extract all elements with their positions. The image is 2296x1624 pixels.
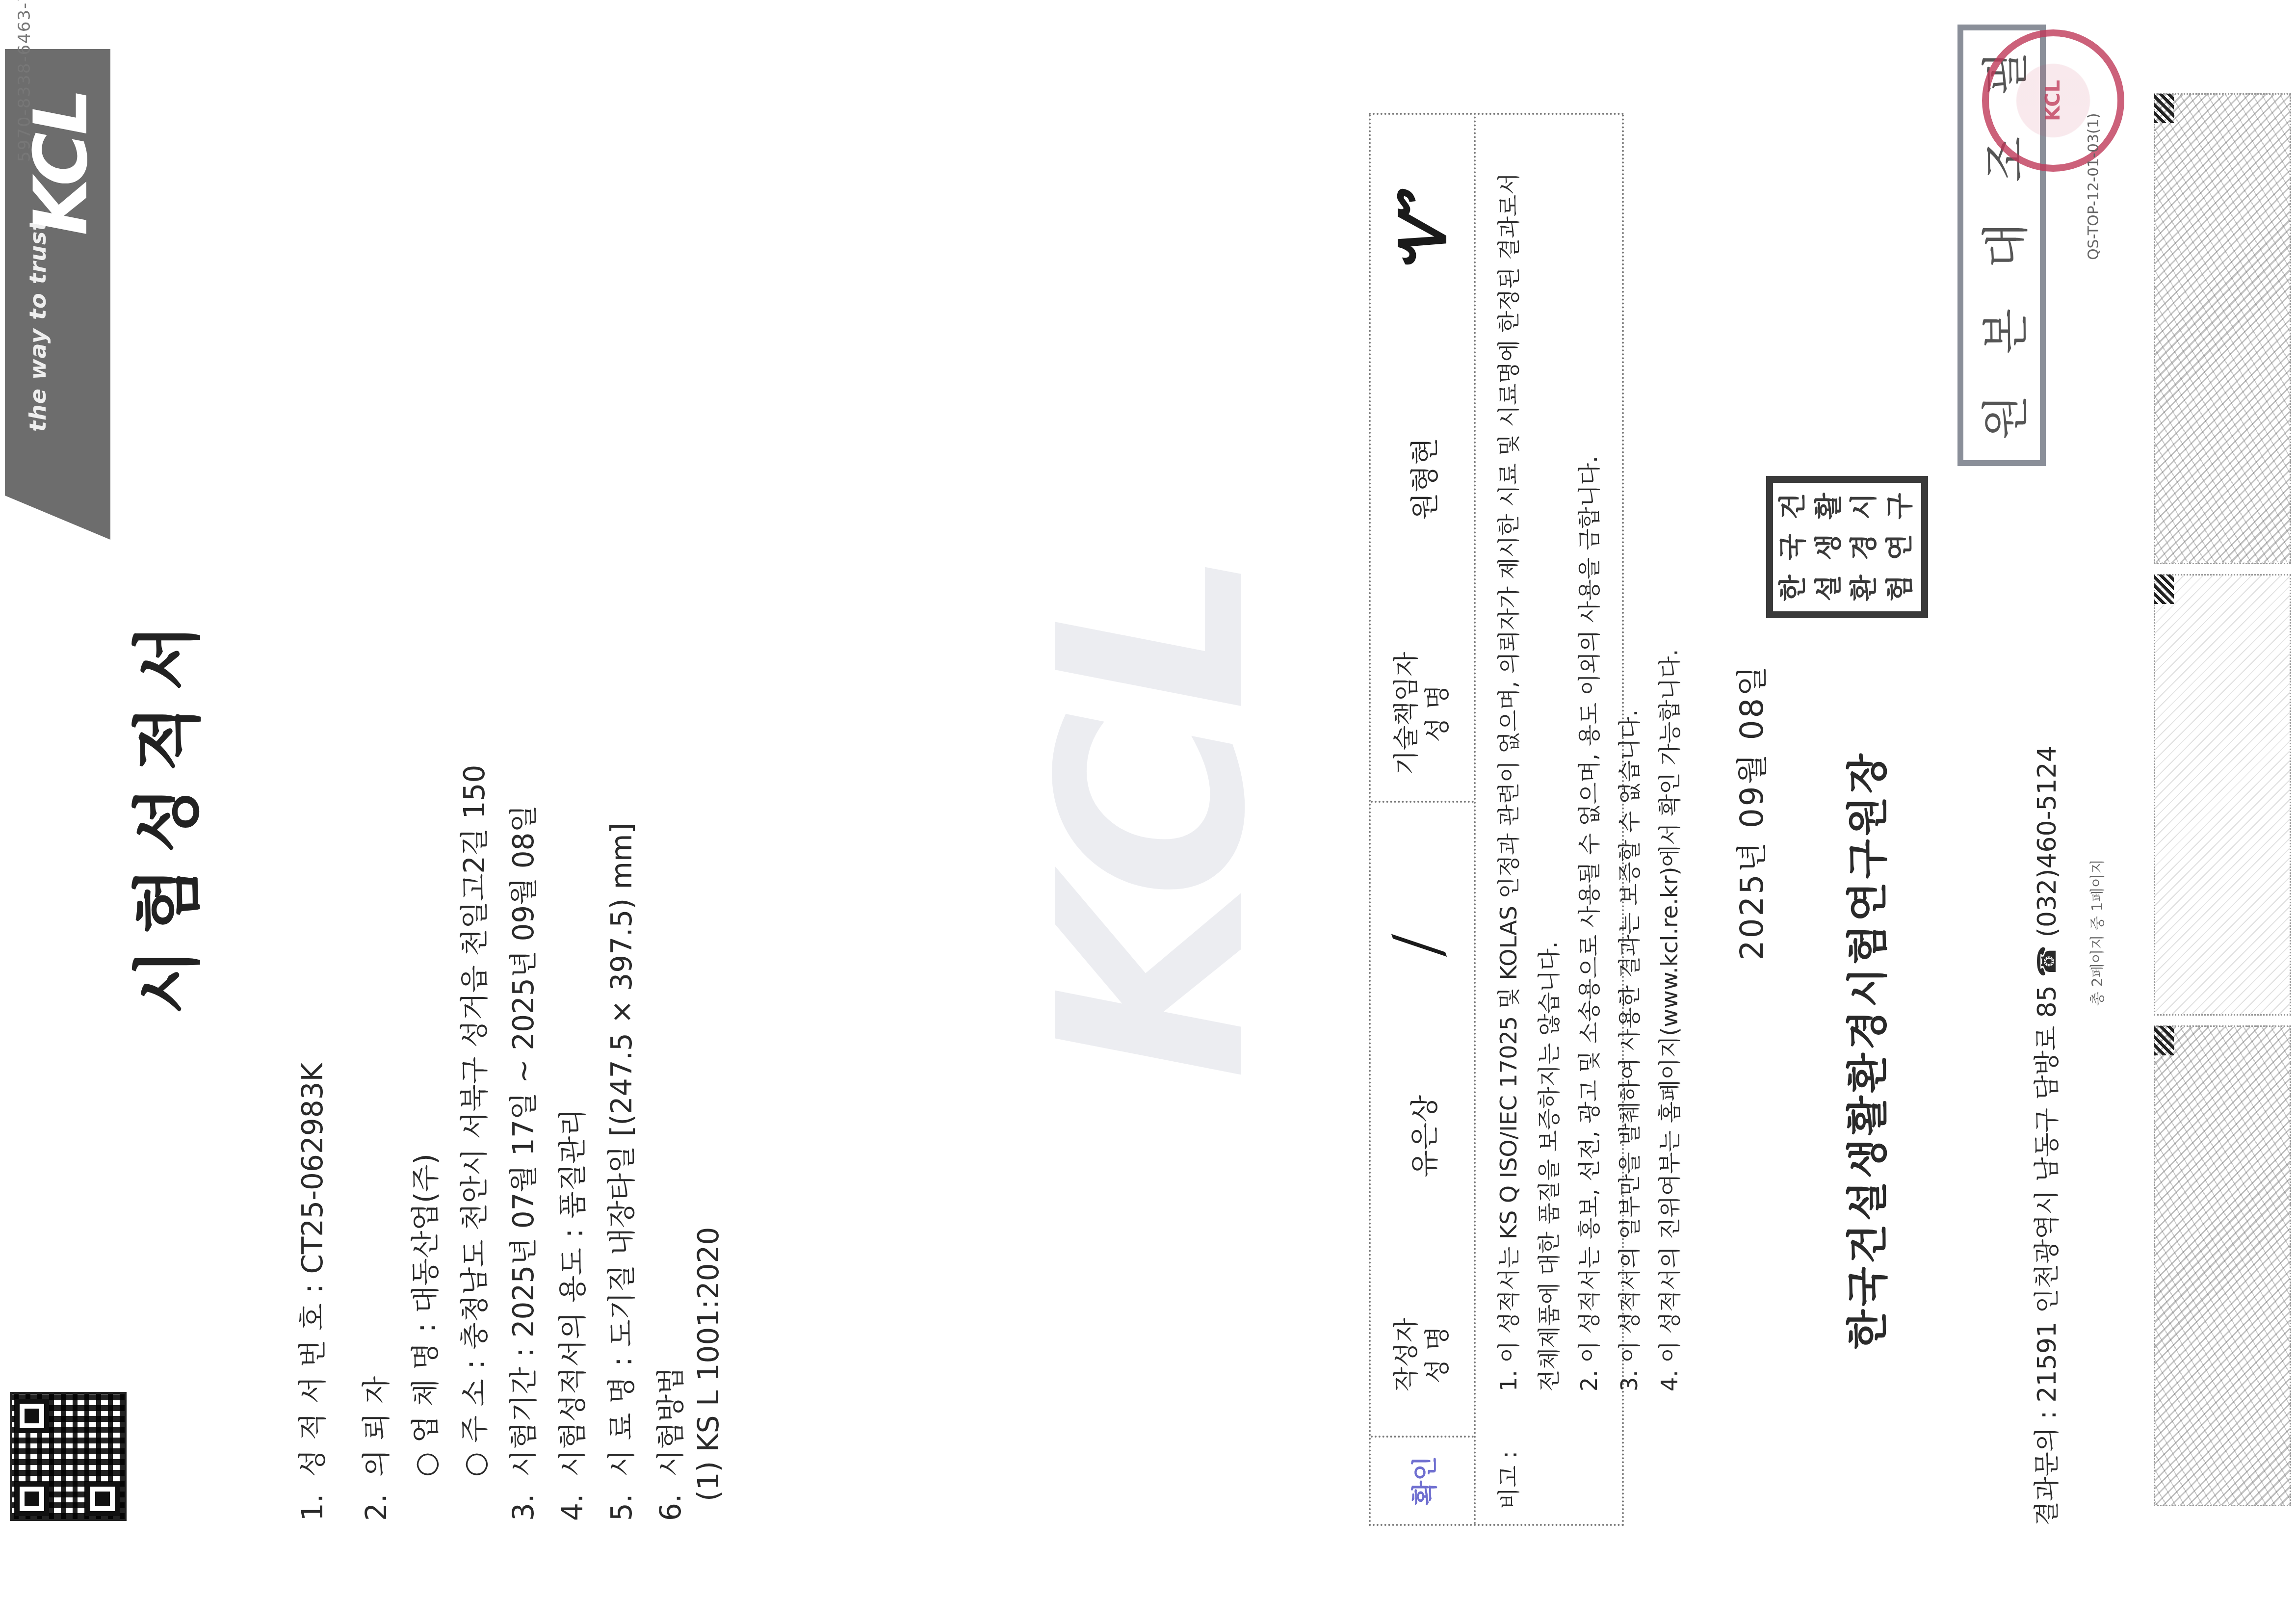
stamp-char: 원 — [1968, 394, 2035, 440]
security-pattern — [2154, 1025, 2291, 1506]
test-report-page: the way to trust KCL KCL 시험성적서 1.성 적 서 번… — [0, 0, 2296, 1624]
kcl-logo: KCL — [25, 91, 98, 236]
seal-char: 한 — [1776, 568, 1812, 608]
remarks: 비고 : 1. 이 성적서는 KS Q ISO/IEC 17025 및 KOLA… — [1488, 130, 1690, 1509]
signature-row: 확인 작성자 성 명 유은상 ⁄ 기술책임자 성 명 원형현 Ꮙ — [1371, 115, 1476, 1524]
seal-char: 설 — [1812, 568, 1848, 608]
seal-char: 경 — [1847, 526, 1883, 567]
purpose: 품질관리 — [556, 1109, 589, 1219]
sample-field: 5.시 료 명:도기질 내장타일 [(247.5 × 397.5) mm] — [599, 823, 640, 1521]
test-period: 2025년 07월 17일 ~ 2025년 09월 08일 — [507, 805, 540, 1338]
security-pattern — [2154, 93, 2291, 564]
client-company: 대동산업(주) — [409, 1153, 442, 1313]
manager-signature: Ꮙ — [1371, 116, 1474, 332]
sample-name: 도기질 내장타일 [(247.5 × 397.5) mm] — [605, 823, 638, 1347]
seal-char: 구 — [1883, 486, 1919, 526]
manager-label: 기술책임자 성 명 — [1371, 626, 1474, 803]
qr-code-icon — [10, 1392, 127, 1521]
confirm-label: 확인 — [1371, 1436, 1474, 1524]
remark-item: 1. 이 성적서는 KS Q ISO/IEC 17025 및 KOLAS 인정과… — [1488, 130, 1529, 1391]
method-field: 6.시험방법 — [648, 1367, 689, 1521]
issuing-organization: 한국건설생활환경시험연구원장 — [1835, 751, 1894, 1349]
official-seal-icon: 한국건설생활환경시험연구 — [1766, 476, 1928, 618]
banner-tagline: the way to trust — [25, 220, 51, 432]
kcl-watermark: KCL — [883, 545, 1423, 1084]
seal-char: 시 — [1847, 486, 1883, 526]
issue-date: 2025년 09월 08일 — [1727, 0, 1772, 1624]
stamp-char: 본 — [1968, 309, 2035, 354]
remark-item: 3. 이 성적서의 일부만을 발췌하여 사용한 결과는 보증할 수 없습니다. — [1609, 130, 1649, 1391]
remark-item: 4. 이 성적서의 진위여부는 홈페이지(www.kcl.re.kr)에서 확인… — [1649, 130, 1690, 1391]
seal-char: 건 — [1776, 486, 1812, 526]
signature-table: 확인 작성자 성 명 유은상 ⁄ 기술책임자 성 명 원형현 Ꮙ 비고 : 1.… — [1369, 113, 1624, 1526]
test-period-field: 3.시험기간:2025년 07월 17일 ~ 2025년 09월 08일 — [500, 805, 542, 1521]
seal-char: 환 — [1847, 568, 1883, 608]
client-address: 충청남도 천안시 서북구 성거읍 천일고2길 150 — [458, 765, 491, 1350]
client-company-field: ○ 업 체 명:대동산업(주) — [402, 1153, 444, 1477]
seal-char: 험 — [1883, 568, 1919, 608]
page-title: 시험성적서 — [113, 0, 211, 1624]
contact-info: 결과문의 : 21591 인천광역시 남동구 담방로 85 ☎ (032)460… — [2026, 746, 2063, 1526]
client-field: 2.의 뢰 자 — [353, 1376, 394, 1521]
remark-item: 전체제품에 대한 품질을 보증하지는 않습니다. — [1529, 130, 1569, 1391]
report-number-field: 1.성 적 서 번 호:CT25-062983K — [289, 1063, 331, 1521]
red-seal-icon: KCL — [1982, 29, 2124, 172]
serial-number: 5970-8338-6463-7250 — [15, 0, 34, 162]
seal-char: 생 — [1812, 526, 1848, 567]
author-name: 유은상 — [1371, 999, 1474, 1274]
manager-name: 원형현 — [1371, 332, 1474, 626]
form-code: QS-TOP-12-01-03(1) — [2085, 113, 2102, 260]
remarks-heading: 비고 : — [1488, 1451, 1529, 1509]
client-address-field: ○ 주 소:충청남도 천안시 서북구 성거읍 천일고2길 150 — [451, 765, 493, 1477]
remark-item: 2. 이 성적서는 홍보, 선전, 광고 및 소송용으로 사용될 수 없으며, … — [1569, 130, 1609, 1391]
report-number: CT25-062983K — [296, 1063, 329, 1274]
method-item: (1) KS L 1001:2020 — [692, 1227, 725, 1501]
stamp-char: 대 — [1968, 223, 2035, 268]
security-pattern — [2154, 574, 2291, 1016]
seal-char: 활 — [1812, 486, 1848, 526]
seal-char: 연 — [1883, 526, 1919, 567]
author-signature: ⁄ — [1371, 803, 1474, 999]
author-label: 작성자 성 명 — [1371, 1274, 1474, 1436]
page-info: 총 2페이지 중 1페이지 — [2085, 859, 2107, 1006]
purpose-field: 4.시험성적서의 용도:품질관리 — [549, 1109, 591, 1521]
seal-char: 국 — [1776, 526, 1812, 567]
